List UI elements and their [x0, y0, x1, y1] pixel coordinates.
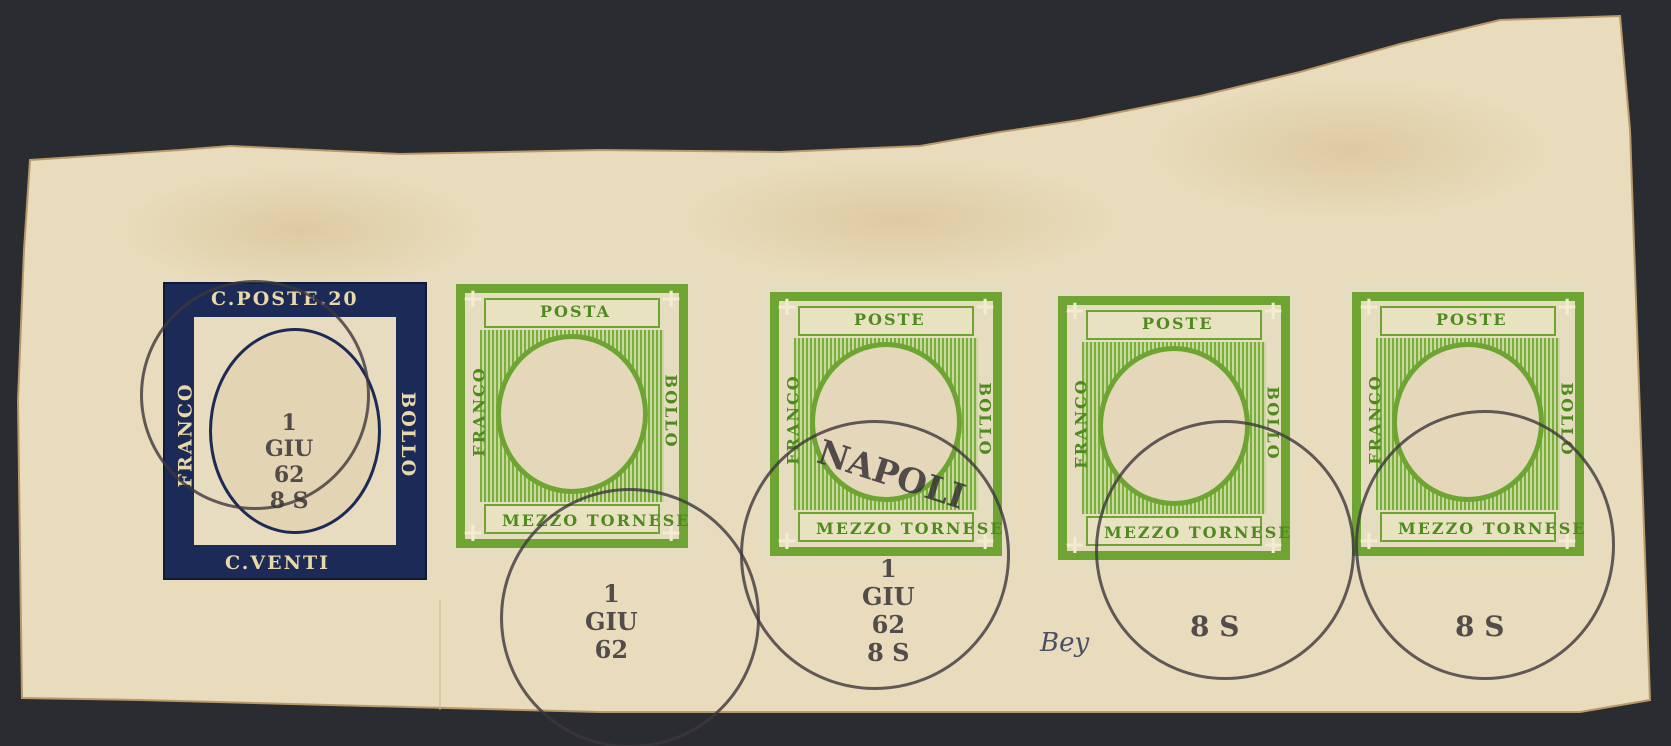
postmark-napoli — [140, 280, 370, 510]
stamp-right-text: BOLLO — [397, 392, 419, 478]
stamp-top-text: POSTE — [854, 310, 926, 329]
stamp-top-text: POSTE — [1142, 314, 1214, 333]
postmark-date: 1GIU62 — [585, 580, 638, 664]
stamp-left-text: FRANCO — [470, 366, 489, 456]
stamp-left-text: FRANCO — [1366, 374, 1385, 464]
postmark-date: 1GIU628 S — [862, 555, 915, 667]
postmark-time: 8 S — [1455, 610, 1504, 643]
expertizer-mark: Bey — [1040, 628, 1089, 658]
stamp-left-text: FRANCO — [1072, 378, 1091, 468]
stamp-cameo — [496, 334, 648, 494]
postmark-time: 8 S — [1190, 610, 1239, 643]
stamp-right-text: BOLLO — [661, 374, 680, 448]
stamp-photo: C.POSTE.20 C.VENTI FRANCO BOLLO ++ ++ PO… — [0, 0, 1671, 746]
stamp-bottom-text: C.VENTI — [225, 552, 330, 574]
stamp-top-text: POSTE — [1436, 310, 1508, 329]
stamp-right-text: BOLLO — [975, 382, 994, 456]
postmark-date: 1GIU628 S — [265, 410, 313, 514]
stamp-top-text: POSTA — [540, 302, 611, 321]
